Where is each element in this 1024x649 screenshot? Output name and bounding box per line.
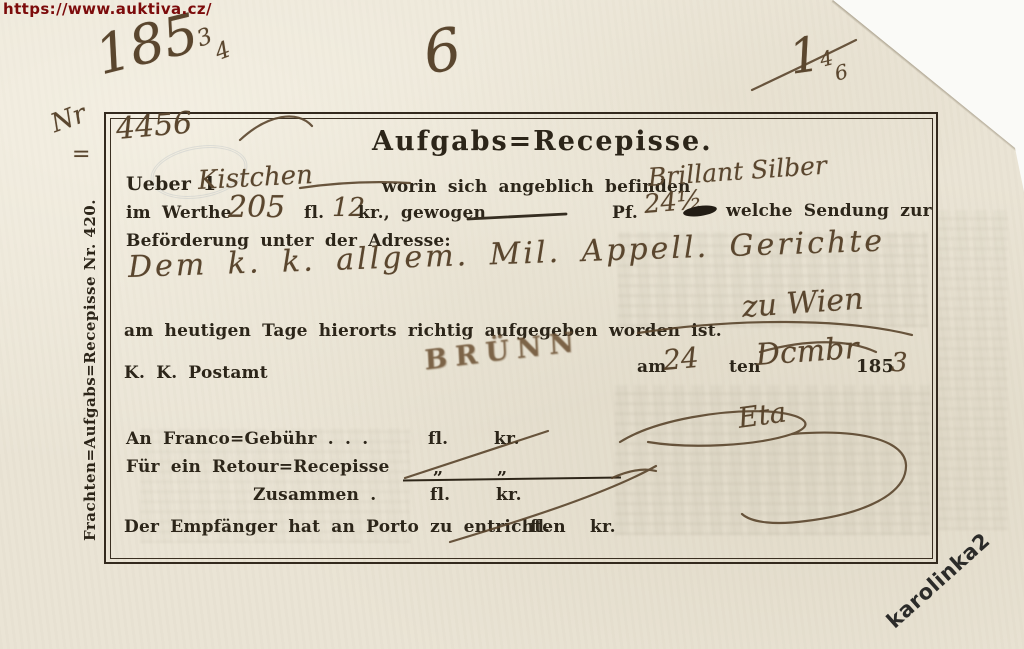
printed-ditto-right: „ (497, 458, 508, 479)
printed-franco-kr: kr. (494, 429, 520, 449)
printed-kr-gewogen: kr., gewogen (358, 203, 486, 223)
printed-zusammen-fl: fl. (430, 485, 450, 505)
scan-stage: 18534 6 146 Nr = Frachten=Aufgabs=Recepi… (0, 0, 1024, 649)
printed-welche-sendung: welche Sendung zur (726, 201, 932, 221)
printed-im-werthe: im Werthe (126, 203, 232, 223)
printed-porto-fl: fl. (530, 517, 550, 537)
printed-fl: fl. (304, 203, 324, 223)
hw-margin-note: Nr (47, 99, 90, 139)
hw-weight: 24½ (643, 185, 704, 220)
printed-postamt: K. K. Postamt (124, 363, 268, 383)
paper-sheet: 18534 6 146 Nr = Frachten=Aufgabs=Recepi… (0, 0, 1024, 649)
hw-margin-equals: = (72, 142, 90, 167)
printed-pf: Pf. (612, 203, 638, 223)
hw-date-month: Dcmbr (755, 331, 860, 373)
printed-retour-label: Für ein Retour=Recepisse (126, 457, 389, 477)
printed-confirmation: am heutigen Tage hierorts richtig aufgeg… (124, 321, 722, 341)
bleed-through-patch (936, 210, 1008, 530)
printed-zusammen-label: Zusammen . (253, 485, 376, 505)
url-watermark: https://www.auktiva.cz/ (3, 0, 212, 18)
hw-value-fl: 205 (228, 190, 285, 225)
hw-top-middle-number: 6 (418, 14, 466, 87)
printed-franco-fl: fl. (428, 429, 448, 449)
printed-year: 185 (856, 356, 894, 377)
printed-franco-label: An Franco=Gebühr . . . (126, 429, 368, 449)
printed-ditto-left: „ (433, 458, 444, 479)
printed-porto-label: Der Empfänger hat an Porto zu entrichten (124, 517, 566, 537)
hw-number-whole: 1 (786, 26, 824, 86)
receipt-title: Aufgabs=Recepisse. (372, 126, 713, 157)
printed-zusammen-kr: kr. (496, 485, 522, 505)
hw-year-digit: 3 (891, 348, 908, 378)
hw-receipt-number: 4456 (114, 105, 193, 147)
hw-top-right-number: 146 (786, 23, 849, 93)
hw-date-day: 24 (662, 341, 700, 377)
hw-paraph-text: Eta (736, 395, 789, 434)
side-form-label: Frachten=Aufgabs=Recepisse Nr. 420. (81, 180, 99, 560)
printed-porto-kr: kr. (590, 517, 616, 537)
